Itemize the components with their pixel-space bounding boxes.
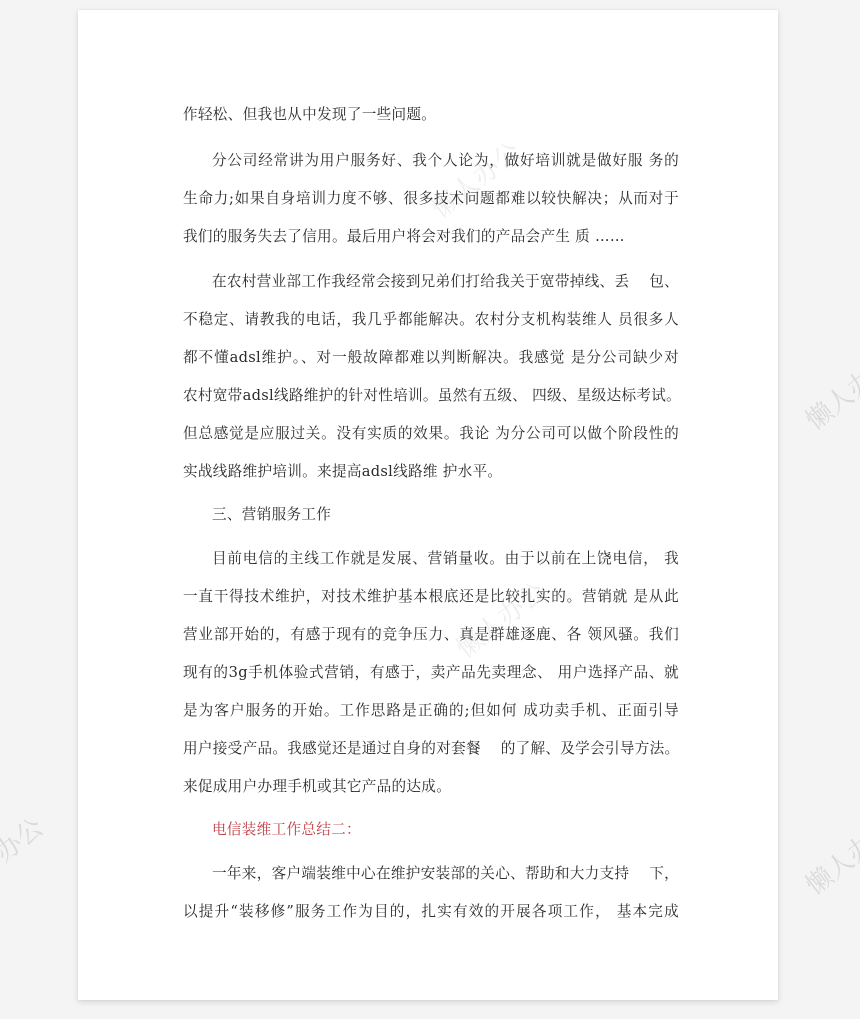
paragraph-line: 一年来，客户端装维中心在维护安装部的关心、帮助和大力支持 下， (212, 855, 679, 893)
paragraph-line: 但总感觉是应服过关。没有实质的效果。我论 为分公司可以做个阶段性的 (183, 415, 679, 453)
paragraph-line: 我们的服务失去了信用。最后用户将会对我们的产品会产生 质 …… (183, 218, 625, 256)
paragraph-line: 不稳定、请教我的电话，我几乎都能解决。农村分支机构装维人 员很多人 (183, 301, 679, 339)
red-section-title: 电信装维工作总结二： (212, 811, 361, 849)
paragraph-line: 实战线路维护培训。来提高adsl线路维 护水平。 (183, 453, 502, 491)
paragraph-line: 以提升“装移修”服务工作为目的，扎实有效的开展各项工作， 基本完成 (183, 893, 679, 931)
watermark: 懒人办 (797, 825, 860, 902)
watermark: 办公 (0, 808, 50, 869)
paragraph-line: 用户接受产品。我感觉还是通过自身的对套餐 的了解、及学会引导方法。 (183, 730, 679, 768)
document-page: 懒人办公 懒人办公 作轻松、但我也从中发现了一些问题。 分公司经常讲为用户服务好… (78, 10, 778, 1000)
paragraph-line: 在农村营业部工作我经常会接到兄弟们打给我关于宽带掉线、丢 包、 (212, 263, 679, 301)
section-heading: 三、营销服务工作 (212, 496, 331, 534)
paragraph-line: 分公司经常讲为用户服务好、我个人论为，做好培训就是做好服 务的 (212, 142, 679, 180)
watermark: 懒人办 (797, 360, 860, 437)
paragraph-line: 一直干得技术维护，对技术维护基本根底还是比较扎实的。营销就 是从此 (183, 578, 679, 616)
paragraph-line: 来促成用户办理手机或其它产品的达成。 (183, 768, 451, 806)
paragraph-line: 作轻松、但我也从中发现了一些问题。 (183, 96, 436, 134)
paragraph-line: 现有的3g手机体验式营销，有感于，卖产品先卖理念、 用户选择产品、就 (183, 654, 679, 692)
paragraph-line: 农村宽带adsl线路维护的针对性培训。虽然有五级、 四级、星级达标考试。 (183, 377, 679, 415)
paragraph-line: 是为客户服务的开始。工作思路是正确的;但如何 成功卖手机、正面引导 (183, 692, 679, 730)
paragraph-line: 都不懂adsl维护。、对一般故障都难以判断解决。我感觉 是分公司缺少对 (183, 339, 679, 377)
paragraph-line: 营业部开始的，有感于现有的竞争压力、真是群雄逐鹿、各 领风骚。我们 (183, 616, 679, 654)
paragraph-line: 目前电信的主线工作就是发展、营销量收。由于以前在上饶电信， 我 (212, 540, 679, 578)
paragraph-line: 生命力;如果自身培训力度不够、很多技术问题都难以较快解决；从而对于 (183, 180, 679, 218)
